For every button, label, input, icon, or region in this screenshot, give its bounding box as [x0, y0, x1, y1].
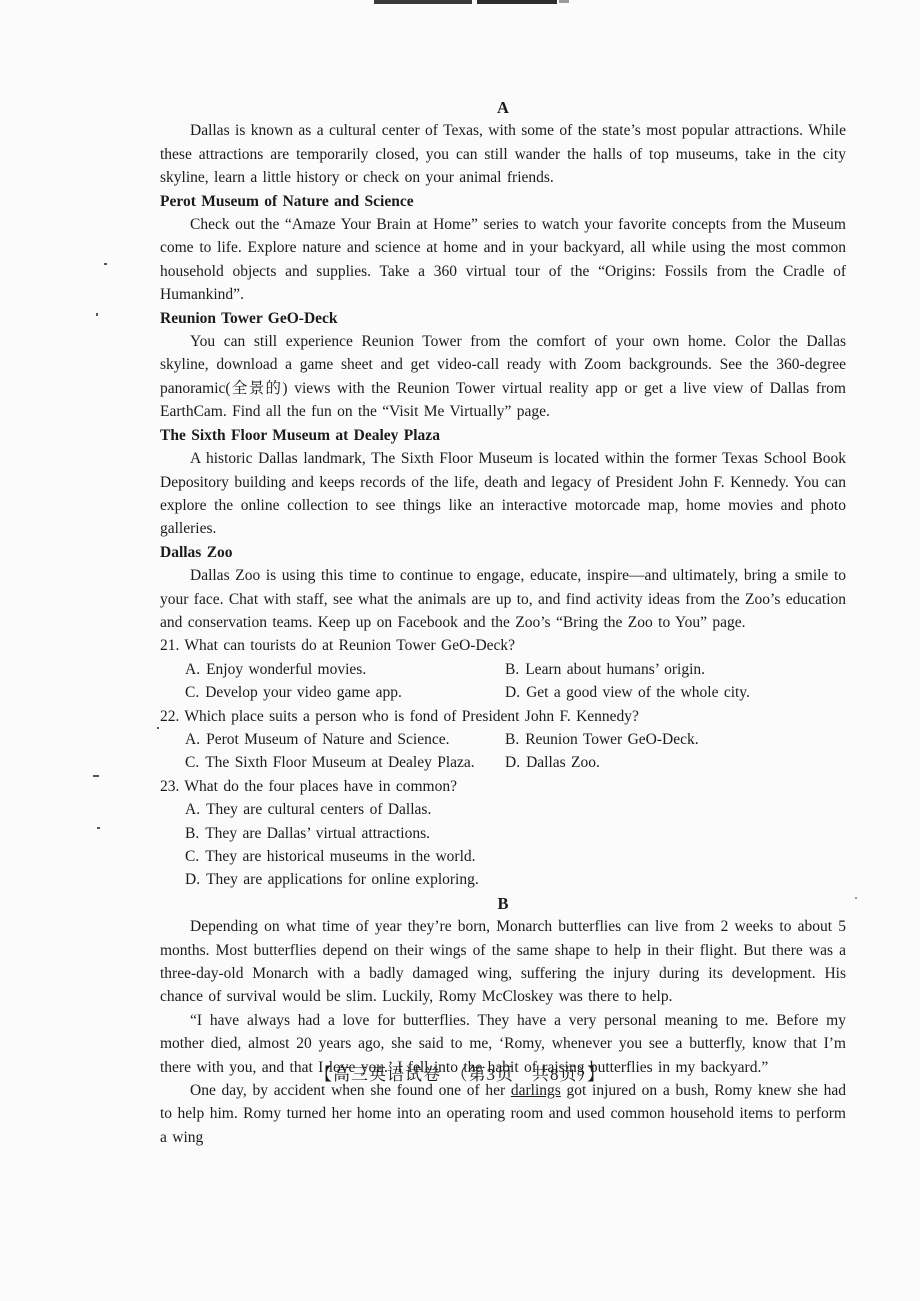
attraction-title-perot: Perot Museum of Nature and Science: [160, 190, 846, 213]
question-23: 23.What do the four places have in commo…: [160, 775, 846, 798]
question-22-number: 22.: [160, 708, 179, 725]
attraction-title-reunion-tower: Reunion Tower GeO-Deck: [160, 307, 846, 330]
option-label: B.: [505, 731, 519, 748]
section-b-heading: B: [160, 892, 846, 915]
scan-speck: [855, 897, 857, 899]
scan-speck: [96, 313, 98, 316]
option-label: C.: [185, 848, 199, 865]
passage-a-intro: Dallas is known as a cultural center of …: [160, 119, 846, 189]
option-label: D.: [505, 684, 520, 701]
question-23-option-b: B.They are Dallas’ virtual attractions.: [185, 822, 846, 845]
option-text: They are cultural centers of Dallas.: [206, 801, 431, 818]
attraction-body-dallas-zoo: Dallas Zoo is using this time to continu…: [160, 564, 846, 634]
exam-page-scan: A Dallas is known as a cultural center o…: [0, 0, 920, 1301]
option-label: A.: [185, 731, 200, 748]
option-label: A.: [185, 661, 200, 678]
question-22-option-a: A.Perot Museum of Nature and Science.: [185, 728, 505, 751]
scan-speck: [93, 775, 99, 777]
attraction-title-dallas-zoo: Dallas Zoo: [160, 541, 846, 564]
scan-speck: [157, 727, 159, 729]
option-label: D.: [505, 754, 520, 771]
question-22-option-d: D.Dallas Zoo.: [505, 751, 846, 774]
option-label: B.: [185, 825, 199, 842]
option-label: B.: [505, 661, 519, 678]
option-label: A.: [185, 801, 200, 818]
attraction-body-perot: Check out the “Amaze Your Brain at Home”…: [160, 213, 846, 307]
option-text: Dallas Zoo.: [526, 754, 600, 771]
passage-b-para-1: Depending on what time of year they’re b…: [160, 915, 846, 1009]
option-text: Get a good view of the whole city.: [526, 684, 750, 701]
option-text: Develop your video game app.: [205, 684, 402, 701]
question-21-options: A.Enjoy wonderful movies. B.Learn about …: [160, 658, 846, 705]
option-label: D.: [185, 871, 200, 888]
question-23-option-d: D.They are applications for online explo…: [185, 868, 846, 891]
question-21-option-a: A.Enjoy wonderful movies.: [185, 658, 505, 681]
attraction-body-reunion-tower: You can still experience Reunion Tower f…: [160, 330, 846, 424]
question-22-text: Which place suits a person who is fond o…: [184, 708, 639, 725]
question-22-option-b: B.Reunion Tower GeO-Deck.: [505, 728, 846, 751]
question-23-text: What do the four places have in common?: [184, 778, 457, 795]
option-text: They are Dallas’ virtual attractions.: [205, 825, 430, 842]
option-text: Reunion Tower GeO-Deck.: [525, 731, 698, 748]
question-22: 22.Which place suits a person who is fon…: [160, 705, 846, 728]
page-footer: 【高三英语试卷 （第3页 共8页）】: [0, 1060, 920, 1085]
option-text: Learn about humans’ origin.: [525, 661, 705, 678]
option-text: They are historical museums in the world…: [205, 848, 475, 865]
question-21-option-c: C.Develop your video game app.: [185, 681, 505, 704]
attraction-title-sixth-floor-museum: The Sixth Floor Museum at Dealey Plaza: [160, 424, 846, 447]
scan-speck: [97, 827, 100, 829]
option-label: C.: [185, 754, 199, 771]
option-label: C.: [185, 684, 199, 701]
question-21-number: 21.: [160, 637, 179, 654]
question-21-option-d: D.Get a good view of the whole city.: [505, 681, 846, 704]
question-21: 21.What can tourists do at Reunion Tower…: [160, 634, 846, 657]
attraction-body-sixth-floor-museum: A historic Dallas landmark, The Sixth Fl…: [160, 447, 846, 541]
question-22-options: A.Perot Museum of Nature and Science. B.…: [160, 728, 846, 775]
option-text: Enjoy wonderful movies.: [206, 661, 366, 678]
option-text: Perot Museum of Nature and Science.: [206, 731, 449, 748]
question-21-option-b: B.Learn about humans’ origin.: [505, 658, 846, 681]
exam-body: A Dallas is known as a cultural center o…: [160, 96, 846, 1149]
question-23-option-c: C.They are historical museums in the wor…: [185, 845, 846, 868]
section-a-heading: A: [160, 96, 846, 119]
question-21-text: What can tourists do at Reunion Tower Ge…: [184, 637, 515, 654]
question-23-options: A.They are cultural centers of Dallas. B…: [160, 798, 846, 892]
scan-speck: [104, 263, 107, 265]
question-22-option-c: C.The Sixth Floor Museum at Dealey Plaza…: [185, 751, 505, 774]
question-23-option-a: A.They are cultural centers of Dallas.: [185, 798, 846, 821]
question-23-number: 23.: [160, 778, 179, 795]
passage-b-para-3: One day, by accident when she found one …: [160, 1079, 846, 1149]
option-text: They are applications for online explori…: [206, 871, 479, 888]
option-text: The Sixth Floor Museum at Dealey Plaza.: [205, 754, 474, 771]
